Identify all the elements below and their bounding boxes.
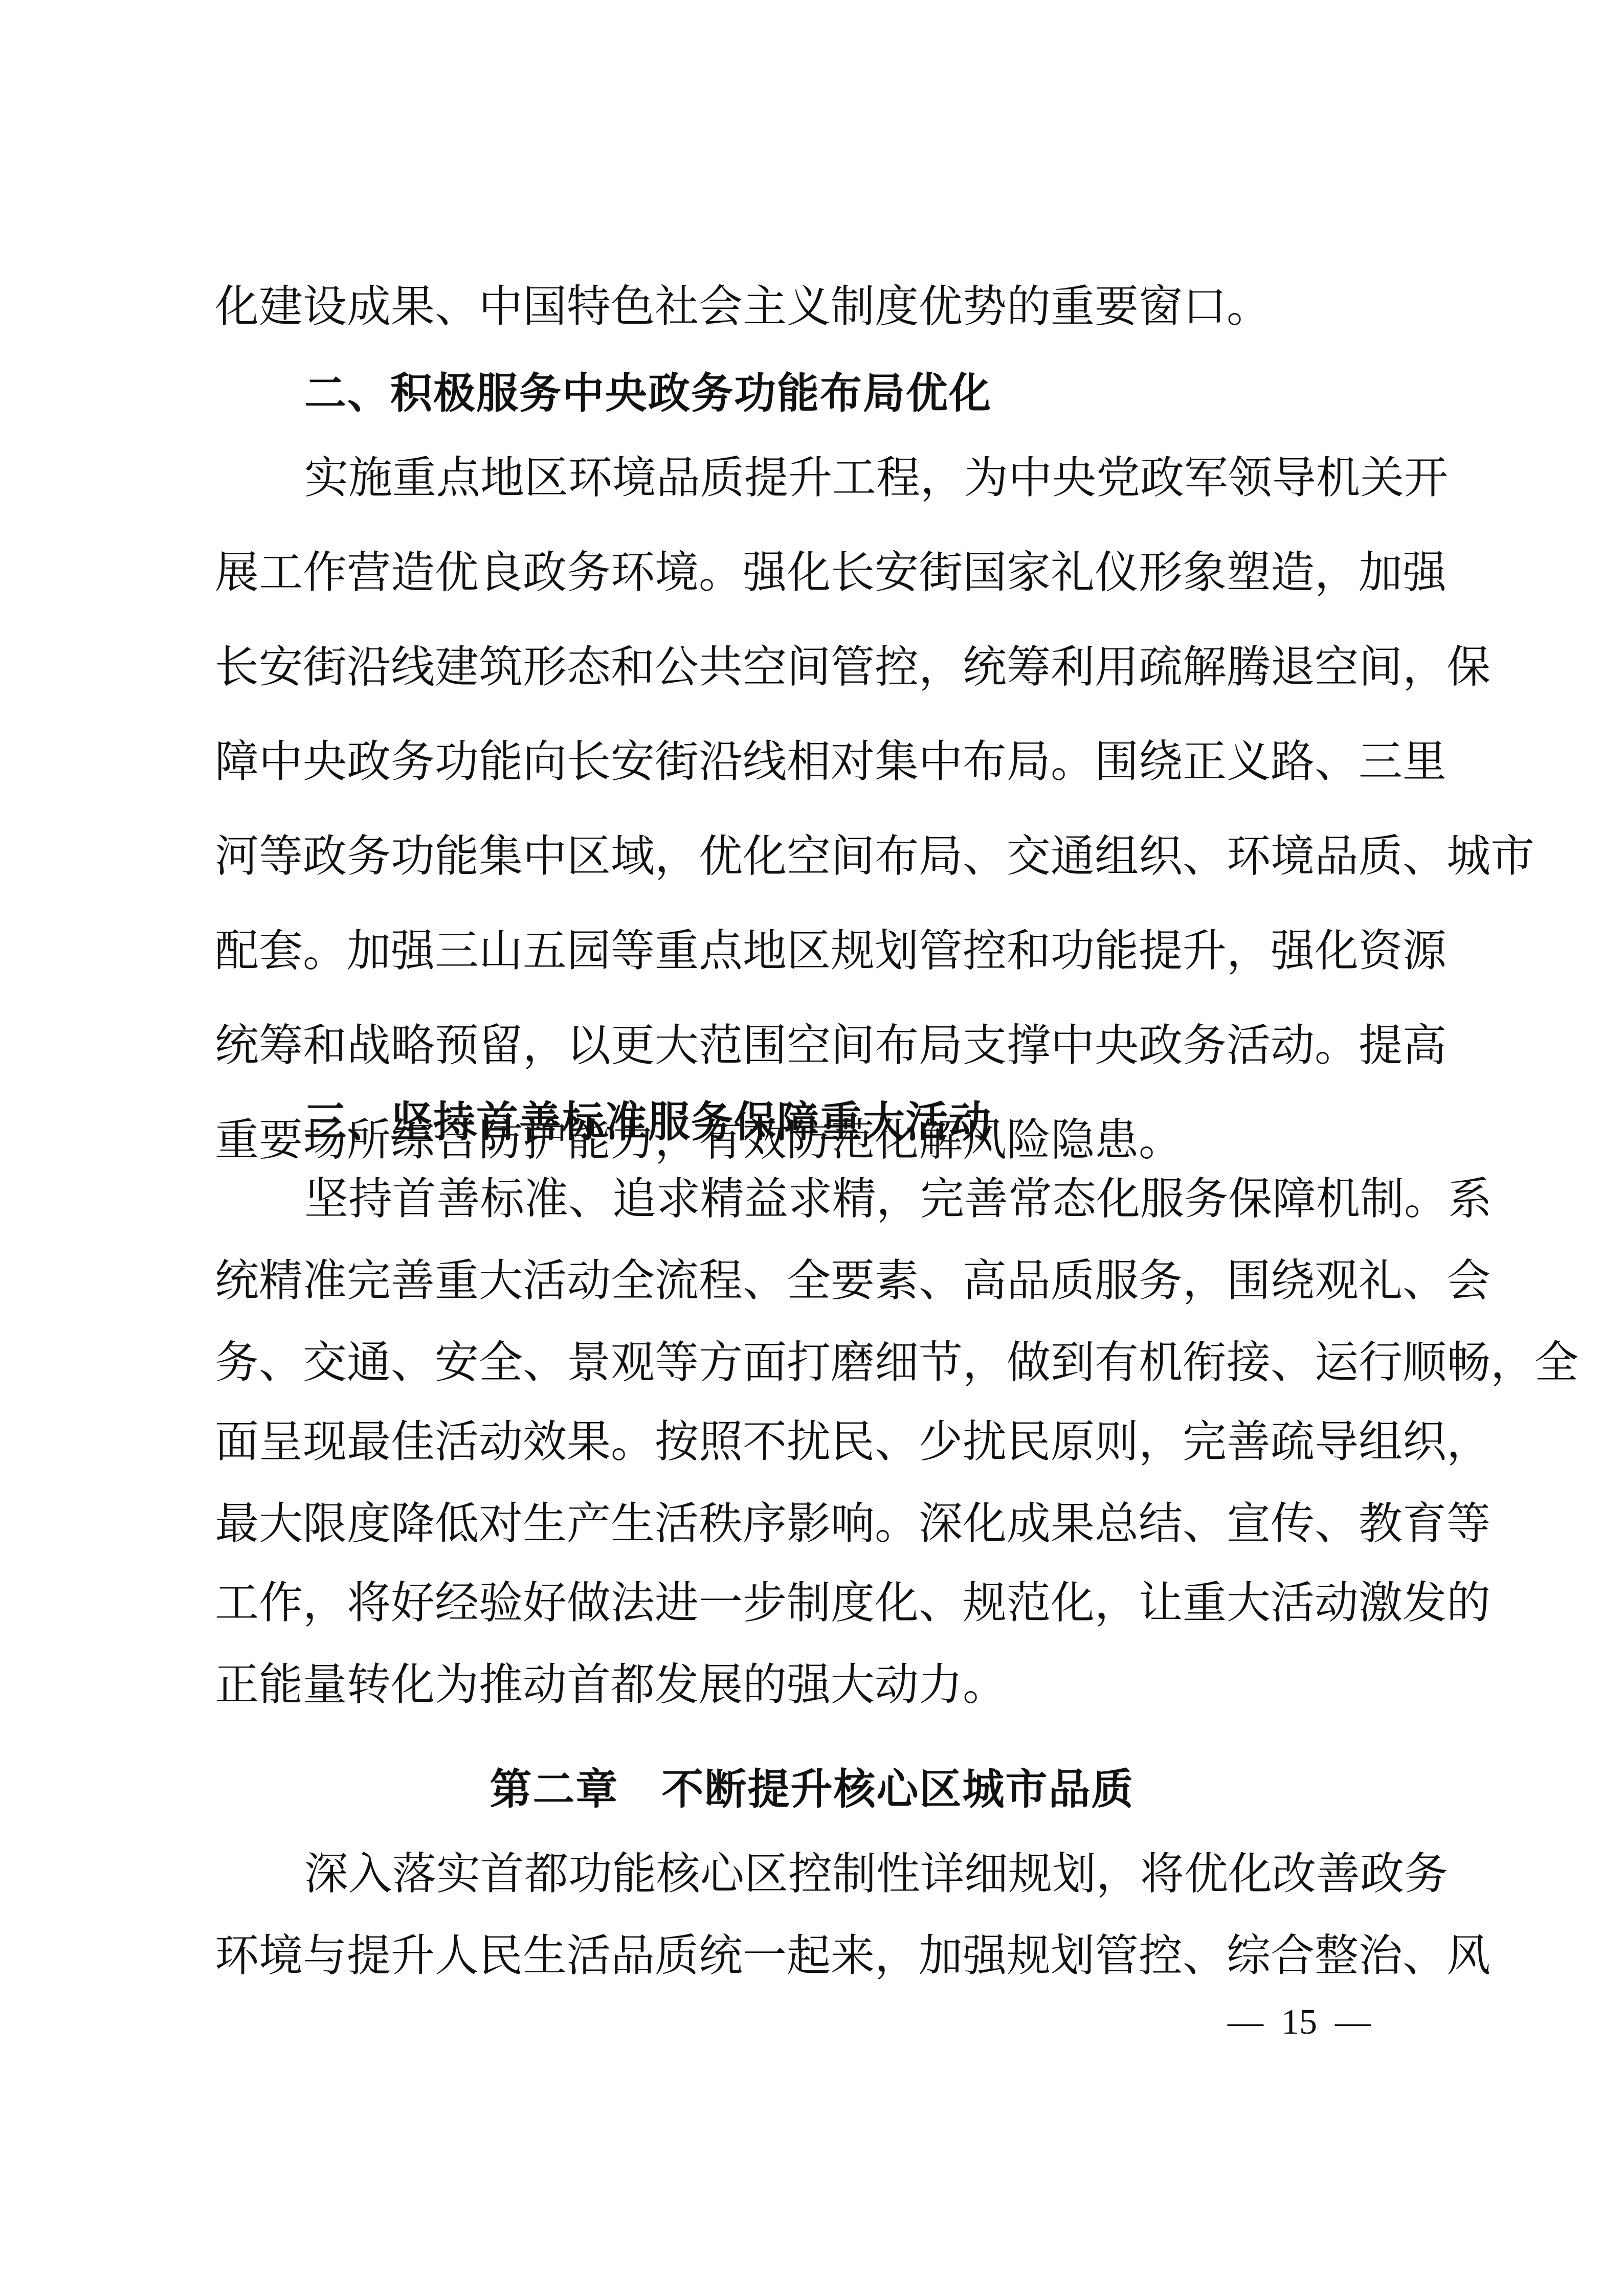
paragraph-line: 工作，将好经验好做法进一步制度化、规范化，让重大活动激发的 <box>215 1575 1422 1631</box>
paragraph-line: 环境与提升人民生活品质统一起来，加强规划管控、综合整治、风 <box>215 1928 1422 1984</box>
paragraph-line: 障中央政务功能向长安街沿线相对集中布局。围绕正义路、三里 <box>215 734 1422 790</box>
section-heading: 二、积极服务中央政务功能布局优化 <box>304 366 992 422</box>
document-page: 化建设成果、中国特色社会主义制度优势的重要窗口。 二、积极服务中央政务功能布局优… <box>0 0 1624 2296</box>
paragraph-line: 实施重点地区环境品质提升工程，为中央党政军领导机关开 <box>304 450 1422 506</box>
paragraph-line: 正能量转化为推动首都发展的强大动力。 <box>215 1657 1422 1713</box>
page-number: — 15 — <box>1207 1997 1391 2048</box>
paragraph-line: 深入落实首都功能核心区控制性详细规划，将优化改善政务 <box>304 1846 1422 1902</box>
paragraph-line: 配套。加强三山五园等重点地区规划管控和功能提升，强化资源 <box>215 923 1422 979</box>
paragraph-line: 河等政务功能集中区域，优化空间布局、交通组织、环境品质、城市 <box>215 828 1422 885</box>
chapter-title: 第二章 不断提升核心区城市品质 <box>0 1762 1624 1818</box>
paragraph-line: 坚持首善标准、追求精益求精，完善常态化服务保障机制。系 <box>304 1171 1422 1227</box>
section-heading: 三、坚持首善标准服务保障重大活动 <box>304 1094 992 1151</box>
paragraph-line: 务、交通、安全、景观等方面打磨细节，做到有机衔接、运行顺畅，全 <box>215 1335 1422 1391</box>
paragraph-line: 长安街沿线建筑形态和公共空间管控，统筹利用疏解腾退空间，保 <box>215 639 1422 695</box>
paragraph-line: 最大限度降低对生产生活秩序影响。深化成果总结、宣传、教育等 <box>215 1496 1422 1552</box>
paragraph-line: 统筹和战略预留，以更大范围空间布局支撑中央政务活动。提高 <box>215 1018 1422 1074</box>
paragraph-line: 面呈现最佳活动效果。按照不扰民、少扰民原则，完善疏导组织， <box>215 1414 1422 1470</box>
paragraph-line: 化建设成果、中国特色社会主义制度优势的重要窗口。 <box>215 279 1422 335</box>
paragraph-line: 统精准完善重大活动全流程、全要素、高品质服务，围绕观礼、会 <box>215 1253 1422 1309</box>
paragraph-line: 展工作营造优良政务环境。强化长安街国家礼仪形象塑造，加强 <box>215 545 1422 601</box>
